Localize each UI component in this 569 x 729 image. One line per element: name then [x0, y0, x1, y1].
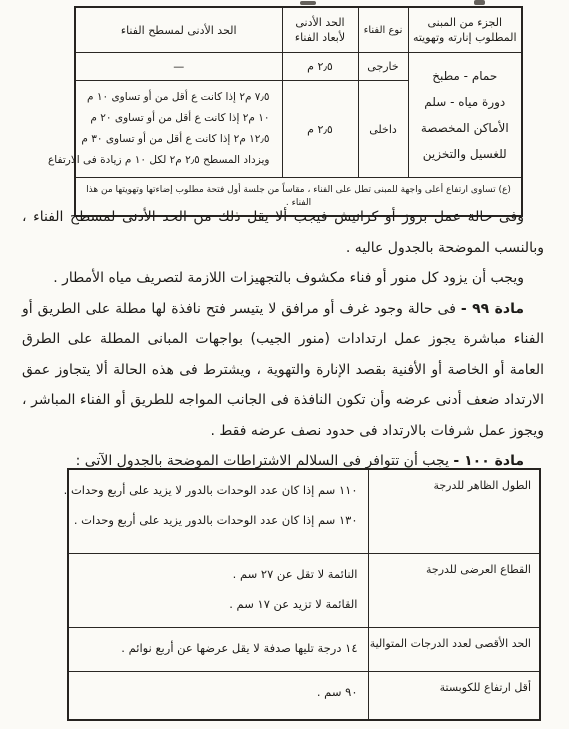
stair-value-line: ١٣٠ سم إذا كان عدد الوحدات بالدور يزيد ع… [79, 505, 358, 535]
stair-value-line: ١٤ درجة تليها صدفة لا يقل عرضها عن أربع … [79, 633, 358, 663]
article-99-label: مادة ٩٩ - [461, 301, 524, 317]
table-row: القطاع العرضى للدرجة النائمة لا تقل عن ٢… [68, 554, 540, 628]
table-row: الطول الظاهر للدرجة ١١٠ سم إذا كان عدد ا… [68, 469, 540, 554]
table-row: الحد الأقصى لعدد الدرجات المتوالية ١٤ در… [68, 628, 540, 672]
header-building-part: الجزء من المبنى المطلوب إنارته وتهويته [408, 7, 522, 53]
body-text-block: وفى حالة عمل بروز أو كرانيش فيجب ألا يقل… [22, 202, 544, 477]
stair-value-line: القائمة لا تزيد عن ١٧ سم . [79, 589, 358, 619]
area-rule-line: ٧٫٥ م٢ إذا كانت ع أقل من أو تساوى ١٠ م [80, 87, 278, 108]
header-min-dimensions: الحد الأدنى لأبعاد الفناء [282, 7, 358, 53]
building-part-cell: حمام - مطبخ دورة مياه - سلم الأماكن المخ… [408, 53, 522, 178]
header-min-area: الحد الأدنى لمسطح الفناء [75, 7, 282, 53]
internal-dims-cell: ٢٫٥ م [282, 81, 358, 178]
stair-row-label: أقل ارتفاع للكوبستة [368, 672, 540, 721]
stairs-requirements-table: الطول الظاهر للدرجة ١١٠ سم إذا كان عدد ا… [67, 468, 541, 721]
stair-row-value: ١١٠ سم إذا كان عدد الوحدات بالدور لا يزي… [68, 469, 368, 554]
stair-value-line: ٩٠ سم . [79, 677, 358, 707]
courtyard-requirements-table: الجزء من المبنى المطلوب إنارته وتهويته ن… [74, 6, 523, 217]
stair-row-value: ٩٠ سم . [68, 672, 368, 721]
scan-artifact-mark [300, 1, 316, 5]
article-99-paragraph: مادة ٩٩ - فى حالة وجود غرف أو مرافق لا ي… [22, 294, 544, 447]
courtyard-table-header-row: الجزء من المبنى المطلوب إنارته وتهويته ن… [75, 7, 522, 53]
stair-row-value: النائمة لا تقل عن ٢٧ سم . القائمة لا تزي… [68, 554, 368, 628]
paragraph-cornices: وفى حالة عمل بروز أو كرانيش فيجب ألا يقل… [22, 202, 544, 263]
stair-value-line: ١١٠ سم إذا كان عدد الوحدات بالدور لا يزي… [79, 475, 358, 505]
table-row: أقل ارتفاع للكوبستة ٩٠ سم . [68, 672, 540, 721]
external-courtyard-row: حمام - مطبخ دورة مياه - سلم الأماكن المخ… [75, 53, 522, 81]
stair-row-value: ١٤ درجة تليها صدفة لا يقل عرضها عن أربع … [68, 628, 368, 672]
building-part-line: الأماكن المخصصة [413, 115, 518, 141]
stair-value-line: النائمة لا تقل عن ٢٧ سم . [79, 559, 358, 589]
header-courtyard-type: نوع الفناء [358, 7, 408, 53]
paragraph-drainage-text: ويجب أن يزود كل منور أو فناء مكشوف بالتج… [53, 270, 524, 286]
area-rule-line: ويزداد المسطح ٢٫٥ م٢ لكل ١٠ م زيادة فى ا… [80, 150, 278, 171]
external-area-cell: — [75, 53, 282, 81]
area-rule-line: ١٢٫٥ م٢ إذا كانت ع أقل من أو تساوى ٣٠ م [80, 129, 278, 150]
stair-row-label: الطول الظاهر للدرجة [368, 469, 540, 554]
building-part-line: للغسيل والتخزين [413, 141, 518, 167]
article-100-text: يجب أن تتوافر فى السلالم الاشتراطات المو… [76, 453, 449, 469]
building-part-line: حمام - مطبخ [413, 63, 518, 89]
stair-row-label: الحد الأقصى لعدد الدرجات المتوالية [368, 628, 540, 672]
paragraph-drainage: ويجب أن يزود كل منور أو فناء مكشوف بالتج… [22, 263, 544, 294]
external-dims-cell: ٢٫٥ م [282, 53, 358, 81]
scan-artifact-mark [474, 0, 485, 5]
stair-row-label: القطاع العرضى للدرجة [368, 554, 540, 628]
article-99-text: فى حالة وجود غرف أو مرافق لا يتيسر فتح ن… [22, 301, 544, 439]
area-rule-line: ١٠ م٢ إذا كانت ع أقل من أو تساوى ٢٠ م [80, 108, 278, 129]
external-type-cell: خارجى [358, 53, 408, 81]
article-100-label: مادة ١٠٠ - [453, 453, 524, 469]
internal-area-cell: ٧٫٥ م٢ إذا كانت ع أقل من أو تساوى ١٠ م ١… [75, 81, 282, 178]
building-part-line: دورة مياه - سلم [413, 89, 518, 115]
scanned-document-page: الجزء من المبنى المطلوب إنارته وتهويته ن… [0, 0, 569, 729]
internal-type-cell: داخلى [358, 81, 408, 178]
paragraph-cornices-text: وفى حالة عمل بروز أو كرانيش فيجب ألا يقل… [22, 209, 544, 256]
